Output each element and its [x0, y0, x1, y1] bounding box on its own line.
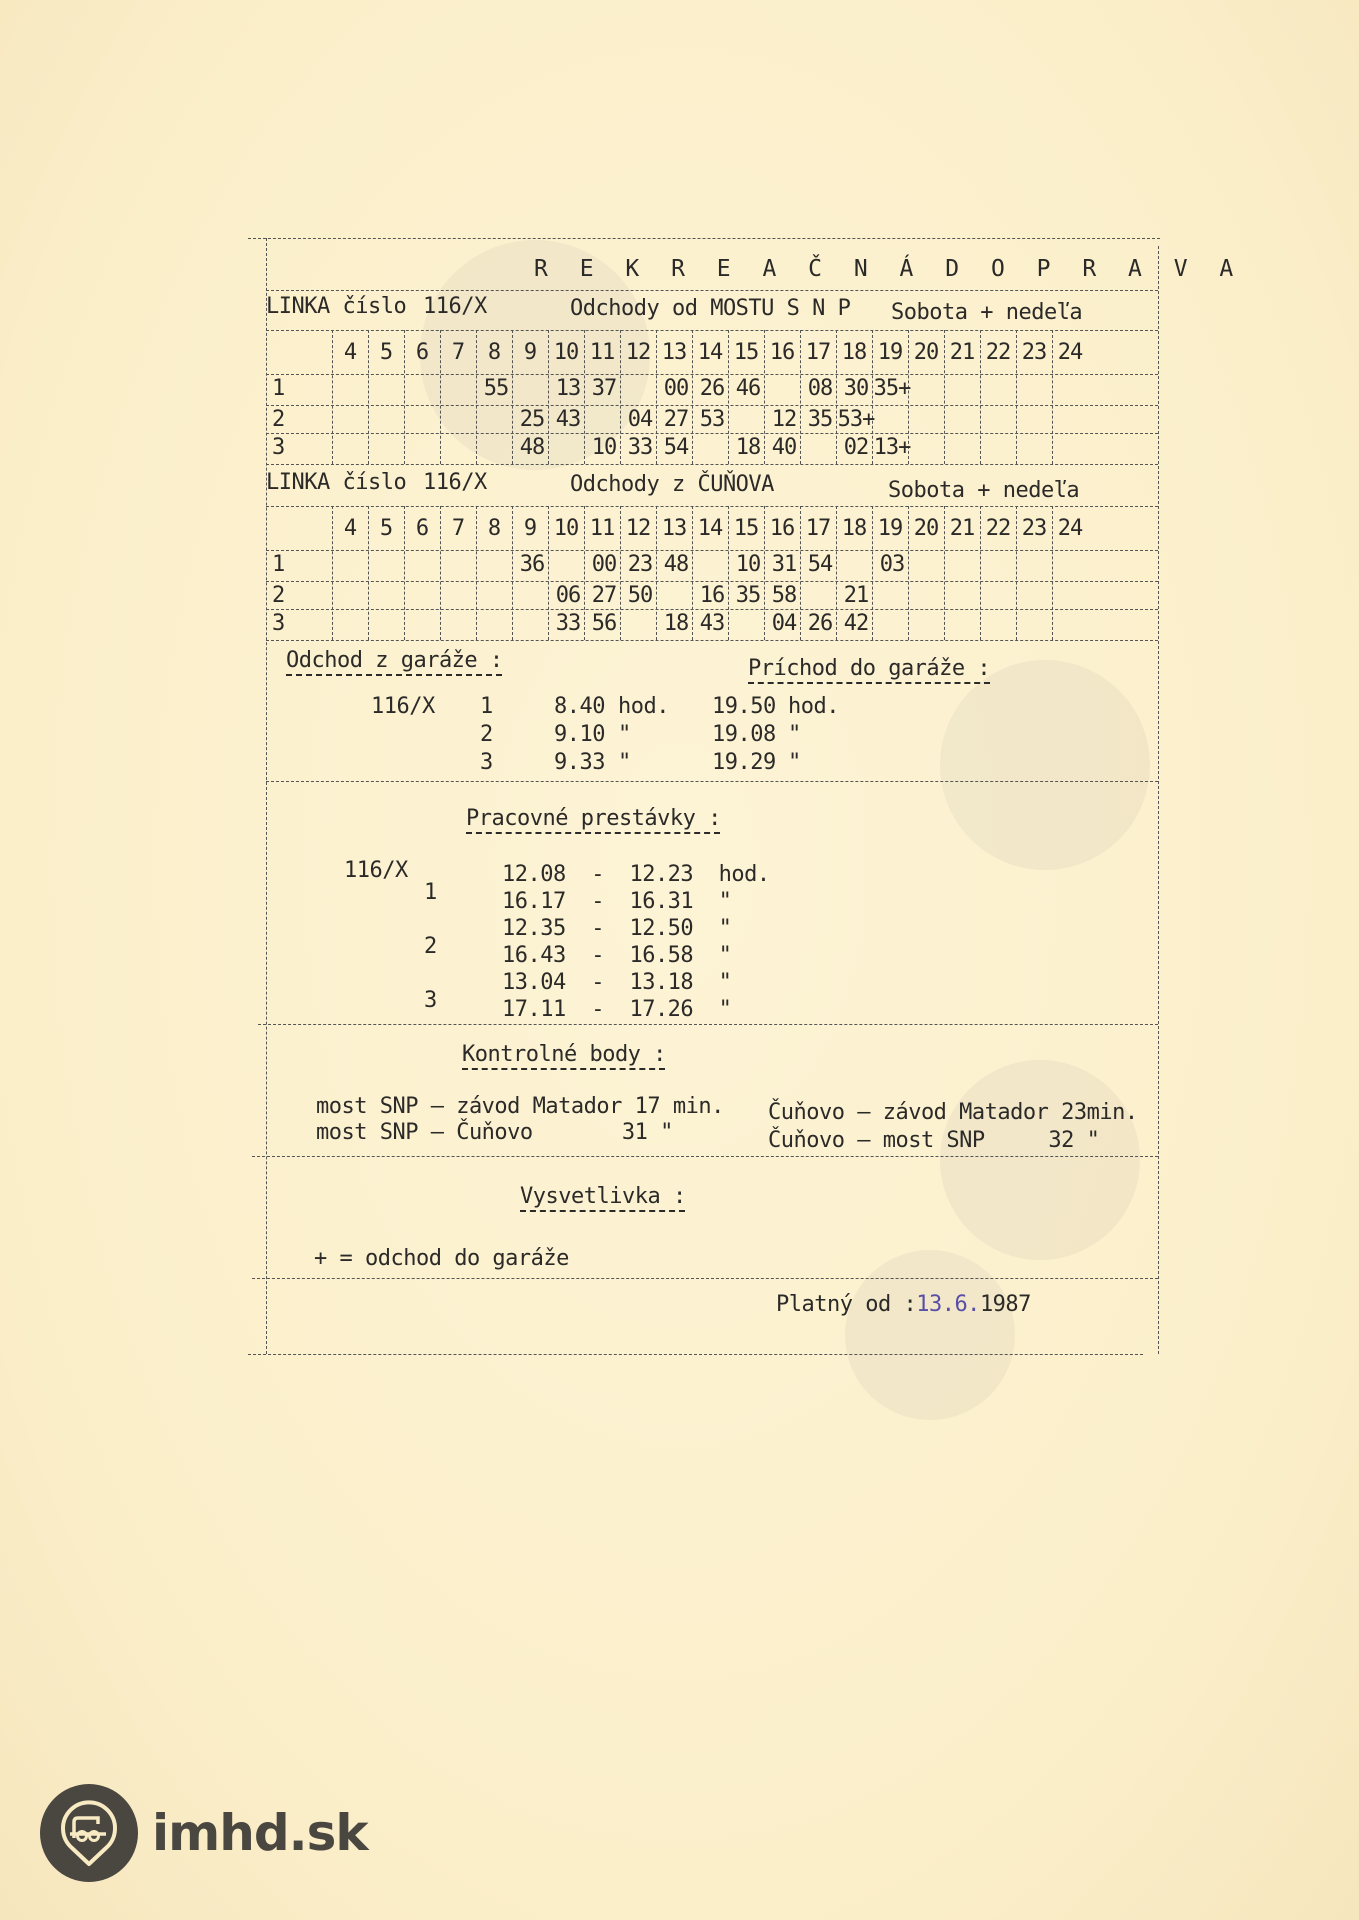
garage-arrival-time: 19.08 — [712, 722, 776, 748]
departure-minute: 40 — [764, 435, 804, 461]
hour-header: 23 — [1016, 516, 1052, 542]
grid-line — [266, 433, 1158, 434]
hour-header: 11 — [584, 340, 620, 366]
garage-departure-unit: " — [618, 750, 631, 776]
hour-header: 10 — [548, 340, 584, 366]
departure-minute: 43 — [548, 407, 588, 433]
grid-line — [944, 330, 945, 464]
hour-header: 10 — [548, 516, 584, 542]
hour-header: 7 — [440, 340, 476, 366]
grid-line — [440, 506, 441, 640]
grid-line — [1016, 506, 1017, 640]
departure-minute: 53+ — [836, 407, 876, 433]
grid-line — [266, 405, 1158, 406]
hour-header: 16 — [764, 516, 800, 542]
departure-minute: 53 — [692, 407, 732, 433]
departure-minute: 33 — [548, 611, 588, 637]
grid-line — [266, 374, 1158, 375]
departure-minute: 35+ — [872, 376, 912, 402]
legend-text: + = odchod do garáže — [314, 1246, 569, 1272]
grid-line — [440, 330, 441, 464]
departure-minute: 04 — [620, 407, 660, 433]
days-label: Sobota + nedeľa — [888, 478, 1079, 504]
hour-header: 18 — [836, 516, 872, 542]
departure-minute: 21 — [836, 583, 876, 609]
departure-minute: 33 — [620, 435, 660, 461]
border-bottom — [248, 1354, 1143, 1355]
grid-line — [266, 464, 1158, 465]
control-point-left-1: most SNP – závod Matador 17 min. — [316, 1094, 724, 1120]
garage-course: 1 — [480, 694, 493, 720]
hour-header: 6 — [404, 340, 440, 366]
hour-header: 14 — [692, 516, 728, 542]
departure-minute: 13+ — [872, 435, 912, 461]
departure-minute: 10 — [728, 552, 768, 578]
garage-arrival-time: 19.29 — [712, 750, 776, 776]
divider — [258, 1024, 1158, 1025]
departure-minute: 48 — [656, 552, 696, 578]
hour-header: 7 — [440, 516, 476, 542]
break-interval: 16.43 - 16.58 " — [502, 943, 731, 969]
course-number: 2 — [272, 407, 285, 433]
departure-minute: 04 — [764, 611, 804, 637]
hour-header: 20 — [908, 516, 944, 542]
grid-line — [404, 506, 405, 640]
hour-header: 18 — [836, 340, 872, 366]
grid-line — [1052, 506, 1053, 640]
departure-minute: 48 — [512, 435, 552, 461]
date-stamp: 13.6. — [916, 1292, 980, 1317]
grid-line — [266, 581, 1158, 582]
break-interval: 12.08 - 12.23 hod. — [502, 862, 770, 888]
departure-minute: 18 — [656, 611, 696, 637]
hour-header: 15 — [728, 340, 764, 366]
break-interval: 16.17 - 16.31 " — [502, 889, 731, 915]
course-number: 3 — [272, 611, 285, 637]
departure-minute: 50 — [620, 583, 660, 609]
hour-header: 21 — [944, 340, 980, 366]
departure-minute: 06 — [548, 583, 588, 609]
hour-header: 21 — [944, 516, 980, 542]
departure-minute: 00 — [584, 552, 624, 578]
imhd-bus-pin-icon — [40, 1784, 138, 1882]
divider — [252, 1278, 1158, 1279]
departure-minute: 25 — [512, 407, 552, 433]
garage-line: 116/X — [371, 694, 435, 720]
garage-arrival-time: 19.50 — [712, 694, 776, 720]
timetable-document: R E K R E A Č N Á D O P R A V A LINKA čí… — [248, 238, 1160, 1356]
divider — [266, 290, 1158, 291]
control-points-heading: Kontrolné body : — [462, 1042, 666, 1068]
departure-minute: 27 — [656, 407, 696, 433]
document-title: R E K R E A Č N Á D O P R A V A — [534, 256, 1242, 282]
hour-header: 19 — [872, 516, 908, 542]
departure-minute: 42 — [836, 611, 876, 637]
hour-header: 19 — [872, 340, 908, 366]
departure-minute: 13 — [548, 376, 588, 402]
garage-departure-unit: hod. — [618, 694, 669, 720]
linka-label: LINKA číslo — [266, 294, 406, 320]
hour-header: 23 — [1016, 340, 1052, 366]
break-interval: 17.11 - 17.26 " — [502, 997, 731, 1023]
linka-number: 116/X — [423, 294, 487, 320]
direction-label: Odchody z ČUŇOVA — [570, 472, 774, 498]
grid-line — [980, 506, 981, 640]
breaks-line: 116/X — [344, 858, 408, 884]
hour-header: 16 — [764, 340, 800, 366]
grid-line — [476, 506, 477, 640]
grid-line — [944, 506, 945, 640]
hour-header: 8 — [476, 516, 512, 542]
departure-minute: 08 — [800, 376, 840, 402]
grid-line — [404, 330, 405, 464]
departure-minute: 00 — [656, 376, 696, 402]
control-point-right-2: Čuňovo – most SNP 32 " — [768, 1128, 1099, 1154]
departure-minute: 54 — [656, 435, 696, 461]
grid-line — [266, 550, 1158, 551]
hour-header: 5 — [368, 516, 404, 542]
departure-minute: 16 — [692, 583, 732, 609]
departure-minute: 43 — [692, 611, 732, 637]
hour-header: 9 — [512, 340, 548, 366]
grid-line — [266, 609, 1158, 610]
grid-line — [368, 506, 369, 640]
divider — [266, 506, 1158, 507]
garage-departure-time: 8.40 — [554, 694, 605, 720]
garage-arrival-unit: hod. — [788, 694, 839, 720]
departure-minute: 56 — [584, 611, 624, 637]
departure-minute: 23 — [620, 552, 660, 578]
divider — [266, 330, 1158, 331]
hour-header: 5 — [368, 340, 404, 366]
hour-header: 4 — [332, 516, 368, 542]
grid-line — [1016, 330, 1017, 464]
grid-line — [980, 330, 981, 464]
grid-line — [332, 506, 333, 640]
course-number: 3 — [272, 435, 285, 461]
hour-header: 4 — [332, 340, 368, 366]
valid-from: Platný od :13.6.1987 — [776, 1292, 1031, 1318]
hour-header: 14 — [692, 340, 728, 366]
departure-minute: 37 — [584, 376, 624, 402]
border-right — [1158, 246, 1159, 1354]
departure-minute: 54 — [800, 552, 840, 578]
hour-header: 17 — [800, 516, 836, 542]
garage-departure-time: 9.10 — [554, 722, 605, 748]
garage-arrival-unit: " — [788, 750, 801, 776]
departure-minute: 27 — [584, 583, 624, 609]
departure-minute: 30 — [836, 376, 876, 402]
garage-arrival-unit: " — [788, 722, 801, 748]
divider — [266, 781, 1158, 782]
border-top — [248, 238, 1160, 239]
departure-minute: 18 — [728, 435, 768, 461]
hour-header: 6 — [404, 516, 440, 542]
grid-line — [368, 330, 369, 464]
departure-minute: 10 — [584, 435, 624, 461]
course-number: 2 — [272, 583, 285, 609]
breaks-heading: Pracovné prestávky : — [466, 806, 721, 832]
course-number: 1 — [272, 376, 285, 402]
hour-header: 24 — [1052, 516, 1088, 542]
hour-header: 13 — [656, 340, 692, 366]
break-interval: 13.04 - 13.18 " — [502, 970, 731, 996]
departure-minute: 12 — [764, 407, 804, 433]
divider — [252, 1156, 1158, 1157]
hour-header: 20 — [908, 340, 944, 366]
break-interval: 12.35 - 12.50 " — [502, 916, 731, 942]
grid-line — [332, 330, 333, 464]
departure-minute: 26 — [800, 611, 840, 637]
grid-line — [1052, 330, 1053, 464]
departure-minute: 55 — [476, 376, 516, 402]
hour-header: 11 — [584, 516, 620, 542]
departure-minute: 35 — [728, 583, 768, 609]
garage-departure-heading: Odchod z garáže : — [286, 648, 503, 674]
hour-header: 13 — [656, 516, 692, 542]
imhd-logo: imhd.sk — [40, 1784, 368, 1882]
control-point-right-1: Čuňovo – závod Matador 23min. — [768, 1100, 1138, 1126]
days-label: Sobota + nedeľa — [891, 300, 1082, 326]
linka-number: 116/X — [423, 470, 487, 496]
departure-minute: 36 — [512, 552, 552, 578]
control-point-left-2: most SNP – Čuňovo 31 " — [316, 1120, 673, 1146]
break-course: 1 — [424, 880, 437, 906]
hour-header: 12 — [620, 340, 656, 366]
hour-header: 24 — [1052, 340, 1088, 366]
departure-minute: 31 — [764, 552, 804, 578]
departure-minute: 03 — [872, 552, 912, 578]
departure-minute: 02 — [836, 435, 876, 461]
imhd-brand-text: imhd.sk — [152, 1804, 368, 1862]
hour-header: 22 — [980, 340, 1016, 366]
break-course: 3 — [424, 988, 437, 1014]
hour-header: 15 — [728, 516, 764, 542]
break-course: 2 — [424, 934, 437, 960]
hour-header: 17 — [800, 340, 836, 366]
garage-course: 3 — [480, 750, 493, 776]
legend-heading: Vysvetlivka : — [520, 1184, 686, 1210]
garage-arrival-heading: Príchod do garáže : — [748, 656, 990, 682]
grid-line — [266, 640, 1158, 641]
hour-header: 12 — [620, 516, 656, 542]
departure-minute: 26 — [692, 376, 732, 402]
departure-minute: 58 — [764, 583, 804, 609]
garage-course: 2 — [480, 722, 493, 748]
garage-departure-unit: " — [618, 722, 631, 748]
hour-header: 9 — [512, 516, 548, 542]
departure-minute: 35 — [800, 407, 840, 433]
garage-departure-time: 9.33 — [554, 750, 605, 776]
course-number: 1 — [272, 552, 285, 578]
hour-header: 8 — [476, 340, 512, 366]
direction-label: Odchody od MOSTU S N P — [570, 296, 850, 322]
hour-header: 22 — [980, 516, 1016, 542]
linka-label: LINKA číslo — [266, 470, 406, 496]
departure-minute: 46 — [728, 376, 768, 402]
